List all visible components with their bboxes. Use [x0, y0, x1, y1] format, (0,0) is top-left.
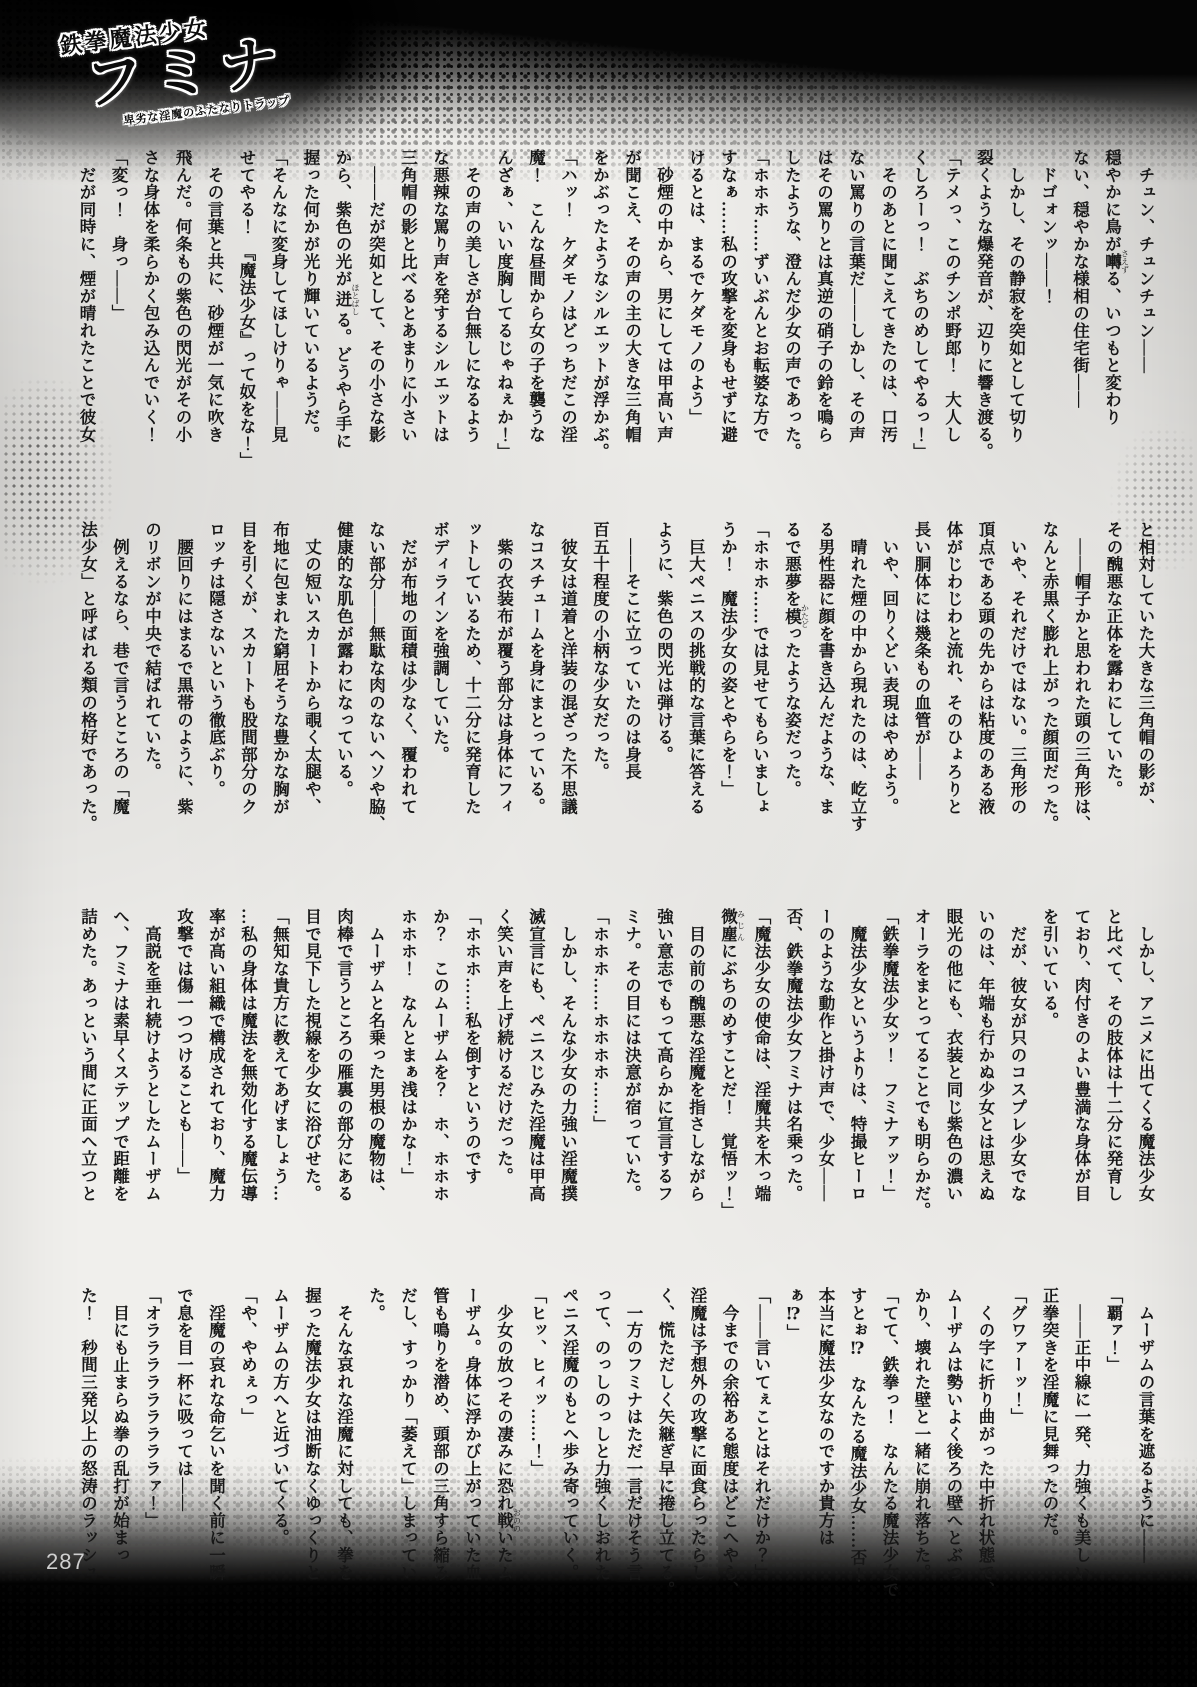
text-column: ミナ。その目には決意が宿っていた。 — [616, 908, 648, 1260]
text-column: ボディラインを強調していた。 — [424, 521, 456, 873]
text-column: 「覇ァ！」 — [1097, 1287, 1129, 1639]
text-column: ――正中線に一発、力強くも美しい — [1065, 1287, 1097, 1639]
text-column: た！ 秒間三発以上の怒涛のラッシュ — [72, 1287, 104, 1639]
text-column: 「や、やめぇっ」 — [232, 1287, 264, 1639]
text-column: しかし、そんな少女の力強い淫魔撲 — [552, 908, 584, 1260]
text-column: だが布地の面積は少なく、覆われて — [392, 521, 424, 873]
text-column: 法少女」と呼ばれる類の格好であった。 — [72, 521, 104, 873]
text-column: 「てて、鉄拳っ！ なんたる魔法少女で — [873, 1287, 905, 1639]
text-column: 砂煙の中から、男にしては甲高い声 — [648, 149, 680, 501]
text-column: 体がじわじわと流れ、そのひょろりと — [937, 521, 969, 873]
text-column: ――だが突如として、その小さな影 — [360, 149, 392, 501]
text-column: 肉棒で言うところの雁裏の部分にある — [328, 908, 360, 1260]
text-column: 「ハッ！ ケダモノはどっちだこの淫 — [552, 149, 584, 501]
text-column: ムーザムと名乗った男根の魔物は、 — [360, 908, 392, 1260]
text-column: 晴れた煙の中から現れたのは、屹立す — [841, 521, 873, 873]
text-column: 「鉄拳魔法少女ッ！ フミナァッ！」 — [873, 908, 905, 1260]
text-column: のリボンが中央で結ばれていた。 — [136, 521, 168, 873]
text-column: って、のっしのっしと力強くしおれた — [585, 1287, 617, 1639]
text-column: んざぁ、いい度胸してるじゃねぇか！」 — [488, 149, 520, 501]
text-column: ーのような動作と掛け声で、少女―― — [809, 908, 841, 1260]
text-column: 飛んだ。何条もの紫色の閃光がその小 — [166, 149, 198, 501]
text-column: 否、鉄拳魔法少女フミナは名乗った。 — [777, 908, 809, 1260]
text-column: ドゴォンッ――！ — [1032, 149, 1064, 501]
text-column: 「テメっ、このチンポ野郎！ 大人し — [936, 149, 968, 501]
text-column: 「オラララララララララァ！」 — [136, 1287, 168, 1639]
text-column: 率が高い組織で構成されており、魔力 — [200, 908, 232, 1260]
text-column: くしろーっ！ ぶちのめしてやるっ！」 — [904, 149, 936, 501]
text-column: で息を目一杯に吸っては―― — [168, 1287, 200, 1639]
text-column: 目にも止まらぬ拳の乱打が始まっ — [104, 1287, 136, 1639]
text-column: ――帽子かと思われた頭の三角形は、 — [1065, 521, 1097, 873]
text-column: へ、フミナは素早くステップで距離を — [104, 908, 136, 1260]
text-column: な悪辣な罵り声を発するシルエットは — [424, 149, 456, 501]
text-column: 巨大ペニスの挑戦的な言葉に答える — [680, 521, 712, 873]
text-column: ように、紫色の閃光は弾ける。 — [648, 521, 680, 873]
text-column: なんと赤黒く膨れ上がった顔面だった。 — [1033, 521, 1065, 873]
text-band-1: チュン、チュンチュン――穏やかに鳥が囀さえずる、いつもと変わりない、穏やかな様相… — [70, 149, 1161, 501]
text-column: 健康的な肌色が露わになっている。 — [328, 521, 360, 873]
text-column: く笑い声を上げ続けるだけだった。 — [488, 908, 520, 1260]
text-column: 本当に魔法少女なのですか貴方は — [809, 1287, 841, 1639]
text-column: すなぁ……私の攻撃を変身もせずに避 — [712, 149, 744, 501]
page-number: 287 — [46, 1549, 86, 1575]
text-column: 頂点である頭の先からは粘度のある液 — [969, 521, 1001, 873]
text-column: 魔！ こんな昼間から女の子を襲うな — [520, 149, 552, 501]
text-column: ホホホ！ なんとまぁ浅はかな！」 — [392, 908, 424, 1260]
text-column: 穏やかに鳥が囀さえずる、いつもと変わり — [1096, 149, 1130, 501]
text-column: と比べて、その肢体は十二分に発育し — [1097, 908, 1129, 1260]
text-column: 腰回りにはまるで黒帯のように、紫 — [168, 521, 200, 873]
text-column: 強い意志でもって高らかに宣言するフ — [648, 908, 680, 1260]
text-column: 三角帽の影と比べるとあまりに小さい — [392, 149, 424, 501]
text-column: 今までの余裕ある態度はどこへやら、 — [713, 1287, 745, 1639]
text-column: ペニス淫魔のもとへ歩み寄っていく。 — [553, 1287, 585, 1639]
text-column: 「ホホホ……私を倒すというのです — [456, 908, 488, 1260]
text-column: か？ このムーザムを？ ホ、ホホホ — [424, 908, 456, 1260]
text-column: 魔法少女というよりは、特撮ヒーロ — [841, 908, 873, 1260]
text-column: 「無知な貴方に教えてあげましょう… — [264, 908, 296, 1260]
text-column: うか！ 魔法少女の姿とやらを！」 — [712, 521, 744, 873]
text-column: 目の前の醜悪な淫魔を指さしながら — [680, 908, 712, 1260]
text-column: 一方のフミナはただ一言だけそう言 — [617, 1287, 649, 1639]
text-column: だが同時に、煙が晴れたことで彼女 — [70, 149, 102, 501]
text-column: 少女の放つその凄みに恐れ戦おののいたム — [488, 1287, 522, 1639]
text-band-4: ムーザムの言葉を遮るように――「覇ァ！」 ――正中線に一発、力強くも美しい正拳突… — [72, 1287, 1162, 1639]
text-band-3: しかし、アニメに出てくる魔法少女と比べて、その肢体は十二分に発育しており、肉付き… — [72, 908, 1162, 1260]
text-column: た。 — [360, 1287, 392, 1639]
text-column: その醜悪な正体を露わにしていた。 — [1097, 521, 1129, 873]
text-column: したような、澄んだ少女の声であった。 — [776, 149, 808, 501]
text-column: 目で見下した視線を少女に浴びせた。 — [296, 908, 328, 1260]
text-column: ――そこに立っていたのは身長 — [616, 521, 648, 873]
text-column: けるとは、まるでケダモノのよう」 — [680, 149, 712, 501]
text-column: 「変っ！ 身っ――」 — [102, 149, 134, 501]
text-column: オーラをまとってることでも明らかだ。 — [905, 908, 937, 1260]
text-column: 正拳突きを淫魔に見舞ったのだ。 — [1033, 1287, 1065, 1639]
text-column: いや、それだけではない。三角形の — [1001, 521, 1033, 873]
text-column: 「――言いてぇことはそれだけか？」 — [745, 1287, 777, 1639]
text-column: なコスチュームを身にまとっている。 — [520, 521, 552, 873]
text-column: 眼光の他にも、衣装と同じ紫色の濃い — [937, 908, 969, 1260]
text-column: ムーザムの方へと近づいてくる。 — [264, 1287, 296, 1639]
text-column: せてやる！ 『魔法少女』って奴をな！」 — [230, 149, 262, 501]
text-column: 長い胴体には幾条もの血管が―― — [905, 521, 937, 873]
text-column: 紫の衣装布が覆う部分は身体にフィ — [488, 521, 520, 873]
text-column: くの字に折り曲がった中折れ状態で、 — [969, 1287, 1001, 1639]
text-column: ムーザムは勢いよく後ろの壁へとぶつ — [937, 1287, 969, 1639]
text-column: …私の身体は魔法を無効化する魔伝導 — [232, 908, 264, 1260]
text-column: 百五十程度の小柄な少女だった。 — [584, 521, 616, 873]
text-column: ない罵りの言葉だ――しかし、その声 — [840, 149, 872, 501]
text-column: 攻撃では傷一つつけることも――」 — [168, 908, 200, 1260]
text-column: 布地に包まれた窮屈そうな豊かな胸が — [264, 521, 296, 873]
text-column: いや、回りくどい表現はやめよう。 — [873, 521, 905, 873]
text-column: 滅宣言にも、ペニスじみた淫魔は甲高 — [520, 908, 552, 1260]
text-column: 「魔法少女の使命は、淫魔共を木っ端 — [745, 908, 777, 1260]
text-column: すとぉ⁉ なんたる魔法少女……否！ — [841, 1287, 873, 1639]
text-column: る男性器に顔を書き込んだような、ま — [809, 521, 841, 873]
text-column: 「ホホホ……ずいぶんとお転婆な方で — [744, 149, 776, 501]
text-column: ロッチは隠さないという徹底ぶり。 — [200, 521, 232, 873]
text-column: だが、彼女が只のコスプレ少女でな — [1001, 908, 1033, 1260]
text-column: が聞こえ、その声の主の大きな三角帽 — [616, 149, 648, 501]
text-column: そのあとに聞こえてきたのは、口汚 — [872, 149, 904, 501]
text-column: 「ホホホ……ホホホホ……」 — [584, 908, 616, 1260]
text-column: 管も鳴りを潜め、頭部の三角すら縮み — [424, 1287, 456, 1639]
text-column: ており、肉付きのよい豊満な身体が目 — [1065, 908, 1097, 1260]
text-column: 握った魔法少女は油断なくゆっくりと — [296, 1287, 328, 1639]
text-column: 彼女は道着と洋装の混ざった不思議 — [552, 521, 584, 873]
text-column: しかし、アニメに出てくる魔法少女 — [1129, 908, 1161, 1260]
text-column: ットしているため、十二分に発育した — [456, 521, 488, 873]
text-column: と相対していた大きな三角帽の影が、 — [1129, 521, 1161, 873]
text-column: 「そんなに変身してほしけりゃ――見 — [262, 149, 294, 501]
text-column: はその罵りとは真逆の硝子の鈴を鳴ら — [808, 149, 840, 501]
text-column: 目を引くが、スカートも股間部分のク — [232, 521, 264, 873]
text-column: 高説を垂れ続けようとしたムーザム — [136, 908, 168, 1260]
text-column: 「グワァーッ！」 — [1001, 1287, 1033, 1639]
text-column: 「ホホホ……では見せてもらいましょ — [744, 521, 776, 873]
text-band-2: と相対していた大きな三角帽の影が、その醜悪な正体を露わにしていた。 ――帽子かと… — [72, 521, 1162, 873]
text-column: だし、すっかり「萎えて」しまってい — [392, 1287, 424, 1639]
text-column: 淫魔の哀れな命乞いを聞く前に一瞬 — [200, 1287, 232, 1639]
text-column: その声の美しさが台無しになるよう — [456, 149, 488, 501]
text-column: しかし、その静寂を突如として切り — [1000, 149, 1032, 501]
text-column: さな身体を柔らかく包み込んでいく！ — [134, 149, 166, 501]
text-column: 詰めた。あっという間に正面へ立つと — [72, 908, 104, 1260]
text-column: 裂くような爆発音が、辺りに響き渡る。 — [968, 149, 1000, 501]
text-column: く、慌ただしく矢継ぎ早に捲し立てる。 — [649, 1287, 681, 1639]
text-column: 丈の短いスカートから覗く太腿や、 — [296, 521, 328, 873]
text-column: ない、穏やかな様相の住宅街―― — [1064, 149, 1096, 501]
text-column: ない部分――無駄な肉のないヘソや脇、 — [360, 521, 392, 873]
text-column: ぁ⁉」 — [777, 1287, 809, 1639]
text-column: ーザム。身体に浮かび上がっていた血 — [456, 1287, 488, 1639]
text-column: いのは、年端も行かぬ少女とは思えぬ — [969, 908, 1001, 1260]
text-column: 握った何かが光り輝いているようだ。 — [294, 149, 326, 501]
text-column: ムーザムの言葉を遮るように―― — [1129, 1287, 1161, 1639]
novel-text-page: 鉄拳魔法少女 フミナ 卑劣な淫魔のふたなりトラップ チュン、チュンチュン――穏や… — [0, 0, 1197, 1687]
text-column: そんな哀れな淫魔に対しても、拳を — [328, 1287, 360, 1639]
text-column: をかぶったようなシルエットが浮かぶ。 — [584, 149, 616, 501]
text-column: その言葉と共に、砂煙が一気に吹き — [198, 149, 230, 501]
text-column: 淫魔は予想外の攻撃に面食らったらし — [681, 1287, 713, 1639]
text-column: 例えるなら、巷で言うところの「魔 — [104, 521, 136, 873]
text-column: チュン、チュンチュン―― — [1129, 149, 1161, 501]
text-column: るで悪夢を模かたどったような姿だった。 — [776, 521, 810, 873]
text-column: 微塵みじんにぶちのめすことだ！ 覚悟ッ！」 — [712, 908, 746, 1260]
text-column: を引いている。 — [1033, 908, 1065, 1260]
text-column: から、紫色の光が迸ほとばしる。どうやら手に — [326, 149, 360, 501]
text-column: 「ヒッ、ヒィッ……！」 — [521, 1287, 553, 1639]
text-column: かり、壊れた壁と一緒に崩れ落ちた。 — [905, 1287, 937, 1639]
